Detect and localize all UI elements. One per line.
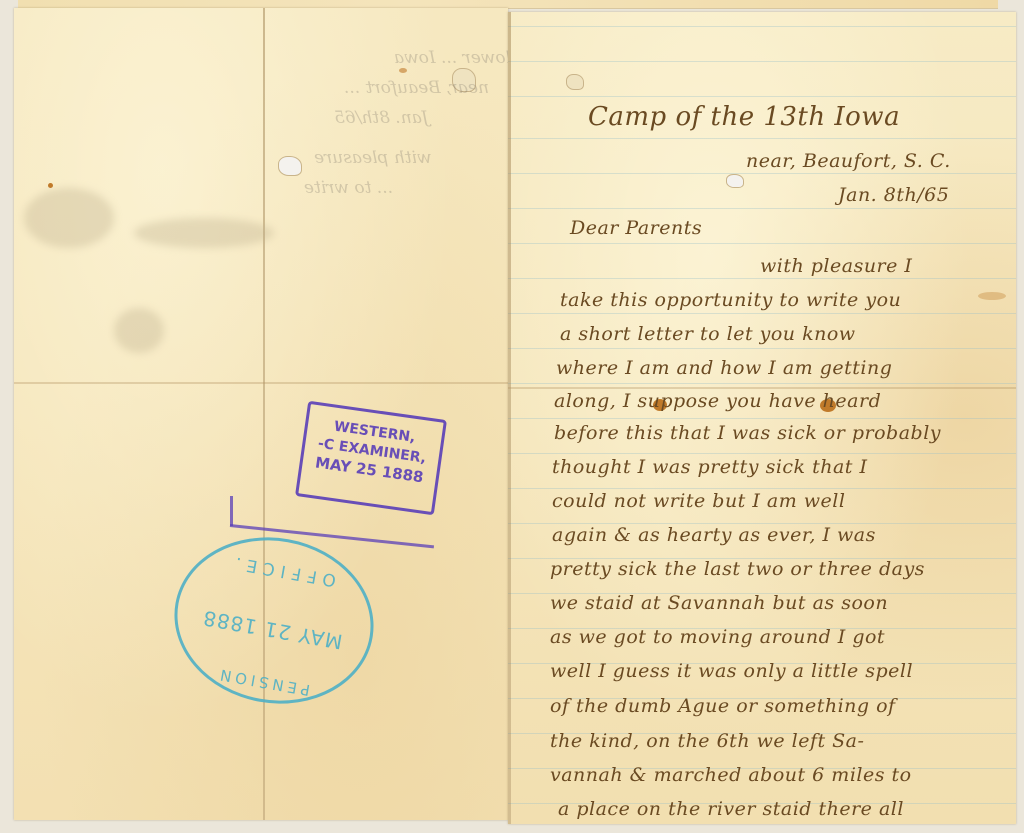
body-line: of the dumb Ague or something of [550,695,896,717]
body-line: a place on the river staid there all [558,798,904,820]
stamp-date: MAY 21 1888 [175,601,370,658]
paper-dent [566,74,584,90]
body-line: as we got to moving around I got [550,626,885,648]
heading-date: Jan. 8th/65 [838,184,949,206]
body-line: along, I suppose you have heard [554,390,881,412]
rust-spot [48,183,53,188]
western-examiner-stamp: WESTERN, -C EXAMINER, MAY 25 1888 [295,401,447,516]
body-line: thought I was pretty sick that I [552,456,867,478]
left-page: lower ... Iowa near, Beaufort ... Jan. 8… [14,8,508,820]
body-line: with pleasure I [760,255,912,277]
heading-camp: Camp of the 13th Iowa [588,102,900,132]
center-fold [508,12,511,824]
rust-spot [978,292,1006,300]
horizontal-fold [508,387,1016,389]
stamp-line: OFFICE. [186,544,381,597]
body-line: pretty sick the last two or three days [550,558,925,580]
body-line: a short letter to let you know [560,323,856,345]
body-line: take this opportunity to write you [560,289,901,311]
body-line: again & as hearty as ever, I was [552,524,876,546]
body-line: where I am and how I am getting [556,357,892,379]
right-page: Camp of the 13th Iowa near, Beaufort, S.… [508,12,1016,824]
body-line: could not write but I am well [552,490,845,512]
heading-location: near, Beaufort, S. C. [746,150,951,172]
showthrough-text: Jan. 8th/65 [334,108,429,128]
water-stain [114,308,164,353]
horizontal-fold [14,382,508,384]
paper-hole [278,156,302,176]
pension-office-stamp: PENSION MAY 21 1888 OFFICE. [161,522,387,719]
ink-mark [230,496,233,526]
body-line: the kind, on the 6th we left Sa- [550,730,864,752]
stamp-line: PENSION [166,656,360,707]
showthrough-text: lower ... Iowa [394,48,511,68]
rust-spot [399,68,407,73]
showthrough-text: near, Beaufort ... [344,78,489,98]
body-line: vannah & marched about 6 miles to [550,764,912,786]
water-stain [24,188,114,248]
water-stain [134,218,274,248]
showthrough-text: with pleasure [314,148,432,168]
body-line: we staid at Savannah but as soon [550,592,888,614]
paper-hole [726,174,744,188]
body-line: well I guess it was only a little spell [550,660,913,682]
body-line: before this that I was sick or probably [554,422,941,444]
showthrough-text: ... to write [304,178,393,198]
salutation: Dear Parents [570,217,702,239]
